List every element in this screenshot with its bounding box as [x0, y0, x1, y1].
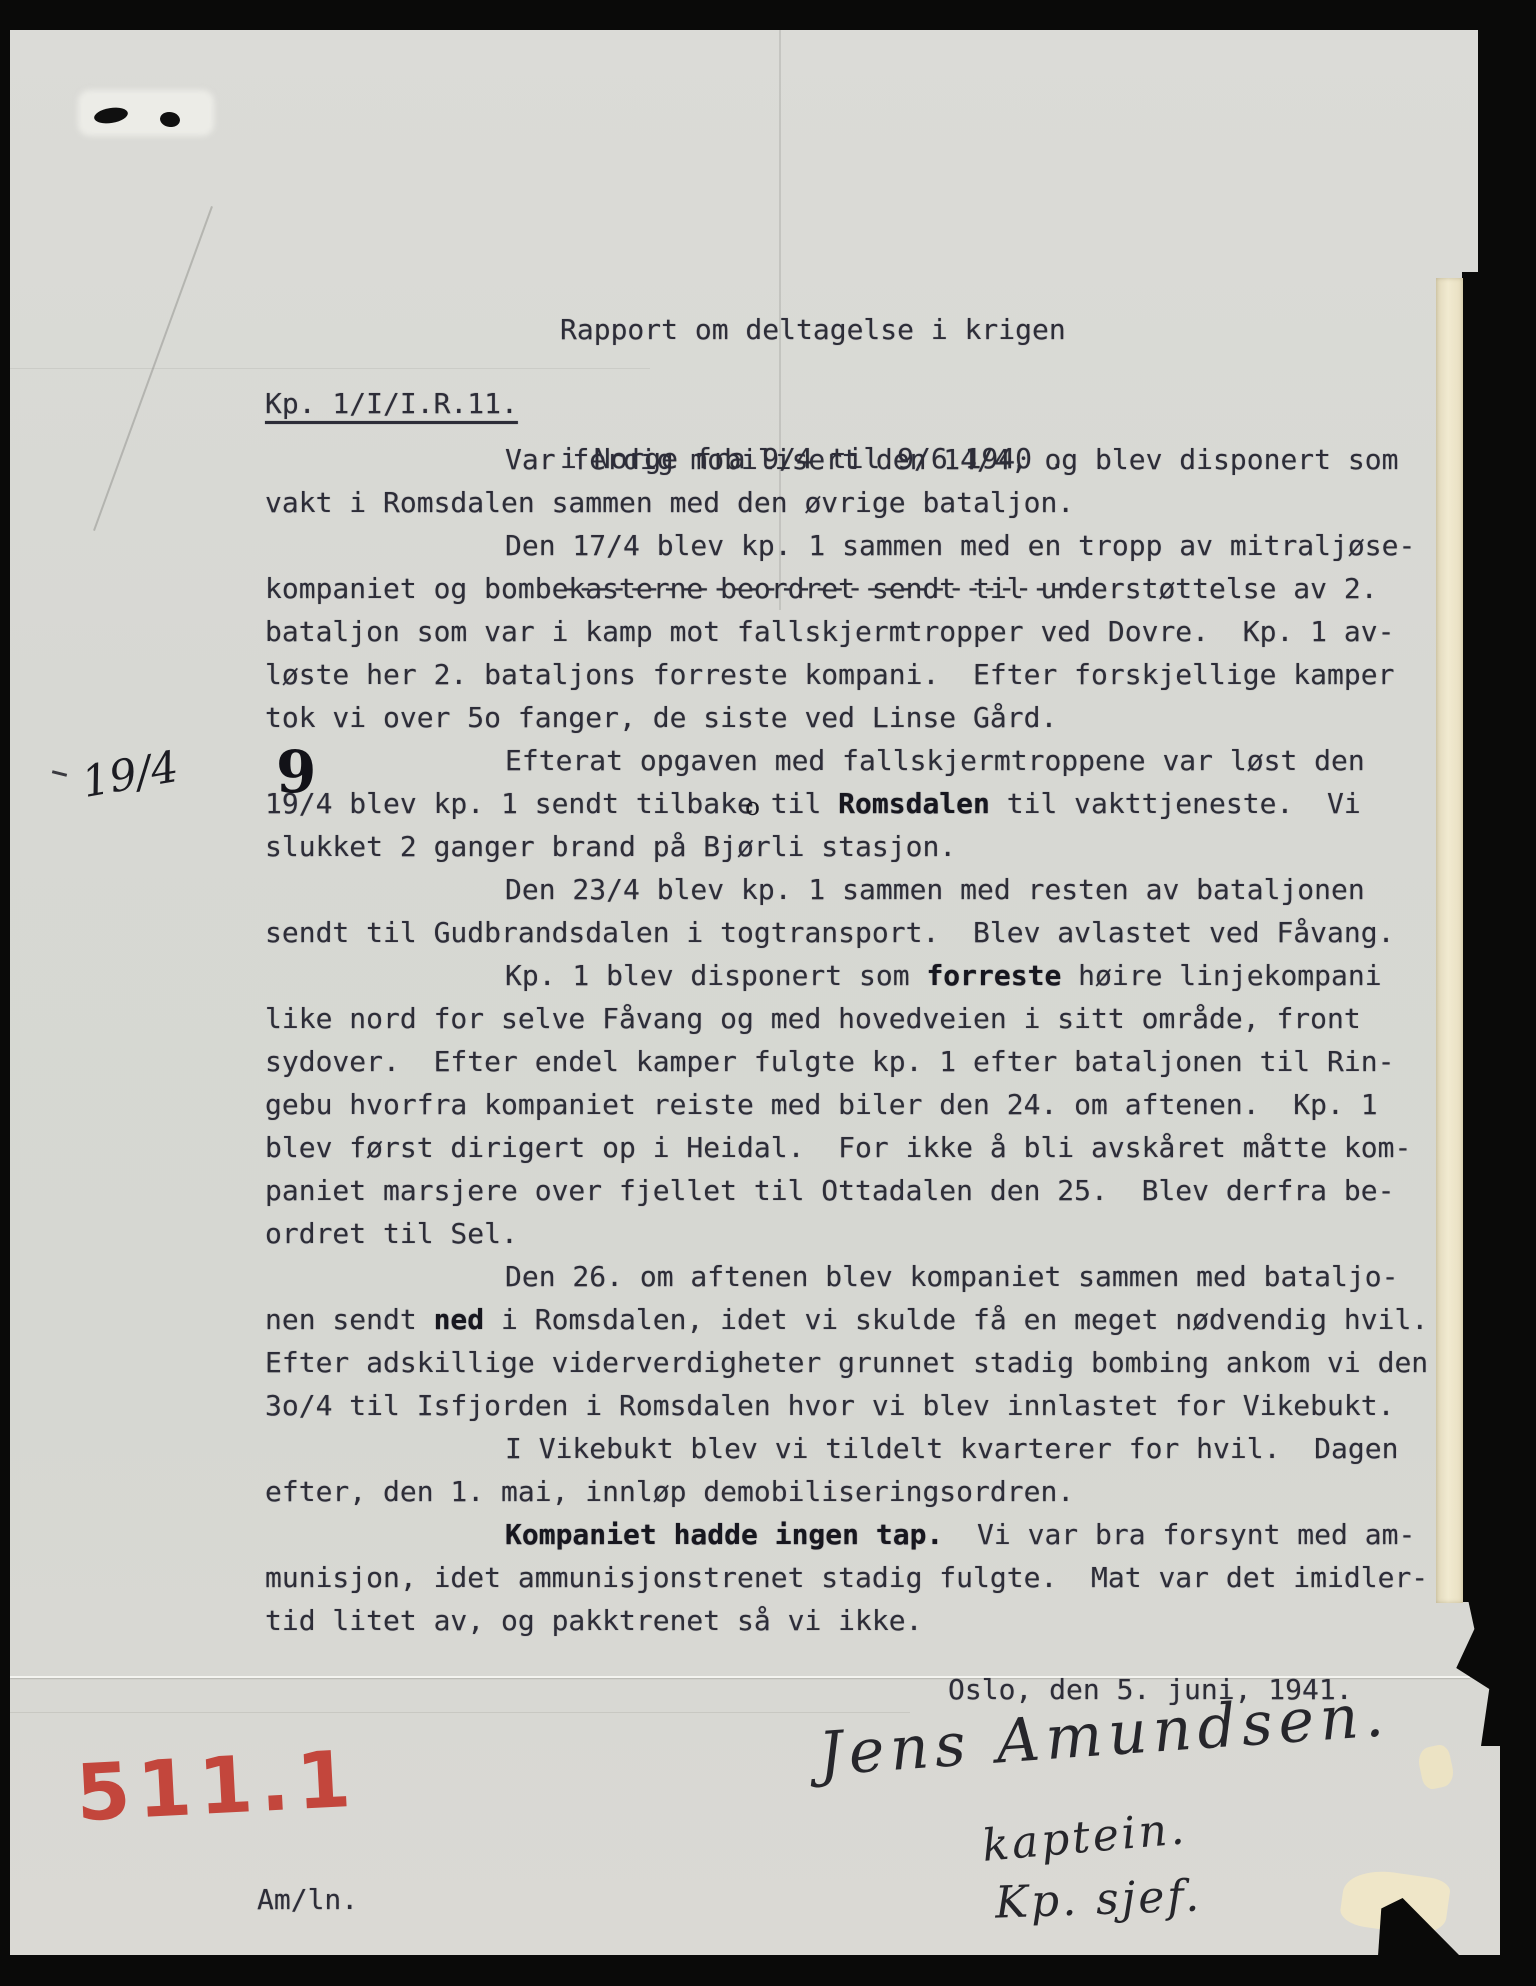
text-segment: høire linjekompani — [1061, 959, 1381, 992]
text-line: Var ferdig mobilisert den 14/4, og blev … — [265, 438, 1428, 481]
text-line: blev først dirigert op i Heidal. For ikk… — [265, 1126, 1428, 1169]
title-line-1: Rapport om deltagelse i krigen — [560, 308, 1083, 351]
text-line: sendt til Gudbrandsdalen i togtransport.… — [265, 911, 1428, 954]
scan-border-left — [0, 0, 10, 1986]
text-line: Den 26. om aftenen blev kompaniet sammen… — [265, 1255, 1428, 1298]
text-segment: efter, den 1. mai, innløp demobilisering… — [265, 1475, 1074, 1508]
text-segment: Var ferdig mobilisert den 14/4, og blev … — [505, 443, 1398, 476]
text-segment: i Romsdalen, idet vi skulde få en meget … — [484, 1303, 1428, 1336]
text-segment: slukket 2 ganger brand på Bjørli stasjon… — [265, 830, 956, 863]
scan-border-top — [0, 0, 1536, 30]
text-line: like nord for selve Fåvang og med hovedv… — [265, 997, 1428, 1040]
text-line: 19/4 blev kp. 1 sendt tilbake til Romsda… — [265, 782, 1428, 825]
text-segment: sendt til Gudbrandsdalen i togtransport.… — [265, 916, 1394, 949]
text-segment: Kp. 1 blev disponert som — [505, 959, 926, 992]
text-segment: Efter adskillige viderverdigheter grunne… — [265, 1346, 1428, 1379]
text-segment: Vi var bra forsynt med am- — [943, 1518, 1415, 1551]
typist-initials: Am/ln. — [257, 1878, 358, 1921]
archive-number-handwritten: 511.1 — [74, 1735, 360, 1840]
text-line: 3o/4 til Isfjorden i Romsdalen hvor vi b… — [265, 1384, 1428, 1427]
text-segment: bataljon som var i kamp mot fallskjermtr… — [265, 615, 1394, 648]
text-line: nen sendt ned i Romsdalen, idet vi skuld… — [265, 1298, 1428, 1341]
text-segment: nen sendt — [265, 1303, 434, 1336]
text-line: vakt i Romsdalen sammen med den øvrige b… — [265, 481, 1428, 524]
text-segment: Den 26. om aftenen blev kompaniet sammen… — [505, 1260, 1398, 1293]
horizontal-fold-line — [10, 1712, 910, 1713]
text-line: løste her 2. bataljons forreste kompani.… — [265, 653, 1428, 696]
text-line: slukket 2 ganger brand på Bjørli stasjon… — [265, 825, 1428, 868]
handwritten-ring-annotation: o — [745, 792, 760, 821]
text-line: munisjon, idet ammunisjonstrenet stadig … — [265, 1556, 1428, 1599]
torn-page-edge-strip — [1436, 278, 1463, 1603]
text-line: tok vi over 5o fanger, de siste ved Lins… — [265, 696, 1428, 739]
text-segment: vakt i Romsdalen sammen med den øvrige b… — [265, 486, 1074, 519]
text-segment: tok vi over 5o fanger, de siste ved Lins… — [265, 701, 1057, 734]
text-segment: paniet marsjere over fjellet til Ottadal… — [265, 1174, 1394, 1207]
text-line: efter, den 1. mai, innløp demobilisering… — [265, 1470, 1428, 1513]
text-line: tid litet av, og pakktrenet så vi ikke. — [265, 1599, 1428, 1642]
text-segment: 3o/4 til Isfjorden i Romsdalen hvor vi b… — [265, 1389, 1394, 1422]
text-line: ordret til Sel. — [265, 1212, 1428, 1255]
text-line: I Vikebukt blev vi tildelt kvarterer for… — [265, 1427, 1428, 1470]
text-segment: tid litet av, og pakktrenet så vi ikke. — [265, 1604, 922, 1637]
text-segment: gebu hvorfra kompaniet reiste med biler … — [265, 1088, 1378, 1121]
section-heading: Kp. 1/I/I.R.11. — [265, 382, 518, 425]
text-line: Kp. 1 blev disponert som forreste høire … — [265, 954, 1428, 997]
signature-role-handwritten: Kp. sjef. — [994, 1870, 1203, 1928]
text-segment: løste her 2. bataljons forreste kompani.… — [265, 658, 1394, 691]
text-segment: Den 23/4 blev kp. 1 sammen med resten av… — [505, 873, 1365, 906]
scan-border-right — [1500, 1596, 1536, 1986]
overtyped-text-segment: ned — [434, 1303, 485, 1336]
horizontal-fold-line — [10, 368, 650, 369]
text-line: sydover. Efter endel kamper fulgte kp. 1… — [265, 1040, 1428, 1083]
text-line: Den 23/4 blev kp. 1 sammen med resten av… — [265, 868, 1428, 911]
text-segment: I Vikebukt blev vi tildelt kvarterer for… — [505, 1432, 1398, 1465]
text-line: Kompaniet hadde ingen tap. Vi var bra fo… — [265, 1513, 1428, 1556]
text-line: kompaniet og bombekasterne beordret send… — [265, 567, 1428, 610]
text-line: Den 17/4 blev kp. 1 sammen med en tropp … — [265, 524, 1428, 567]
text-line: Efterat opgaven med fallskjermtroppene v… — [265, 739, 1428, 782]
body-lines: Var ferdig mobilisert den 14/4, og blev … — [265, 438, 1428, 1642]
scan-border-right — [1478, 0, 1536, 274]
text-segment: til vakttjeneste. Vi — [990, 787, 1361, 820]
overtyped-text-segment: forreste — [926, 959, 1061, 992]
text-segment: blev først dirigert op i Heidal. For ikk… — [265, 1131, 1411, 1164]
text-segment: ordret til Sel. — [265, 1217, 518, 1250]
text-line: bataljon som var i kamp mot fallskjermtr… — [265, 610, 1428, 653]
scanned-document-page: Rapport om deltagelse i krigen i Norge f… — [0, 0, 1536, 1986]
text-segment: like nord for selve Fåvang og med hovedv… — [265, 1002, 1361, 1035]
text-segment: munisjon, idet ammunisjonstrenet stadig … — [265, 1561, 1428, 1594]
scan-border-right — [1462, 272, 1536, 1602]
handwritten-digit-correction: 9 — [276, 738, 316, 806]
scan-border-bottom — [0, 1955, 1536, 1986]
text-segment: Den 17/4 blev kp. 1 sammen med en tropp … — [505, 529, 1415, 562]
text-segment: sydover. Efter endel kamper fulgte kp. 1… — [265, 1045, 1394, 1078]
overtyped-text-segment: Romsdalen — [838, 787, 990, 820]
text-line: Efter adskillige viderverdigheter grunne… — [265, 1341, 1428, 1384]
text-segment: Efterat opgaven med fallskjermtroppene v… — [505, 744, 1365, 777]
text-line: gebu hvorfra kompaniet reiste med biler … — [265, 1083, 1428, 1126]
overtyped-text-segment: Kompaniet hadde ingen tap. — [505, 1518, 943, 1551]
text-line: paniet marsjere over fjellet til Ottadal… — [265, 1169, 1428, 1212]
text-segment: kompaniet og bombekasterne beordret send… — [265, 572, 1378, 605]
